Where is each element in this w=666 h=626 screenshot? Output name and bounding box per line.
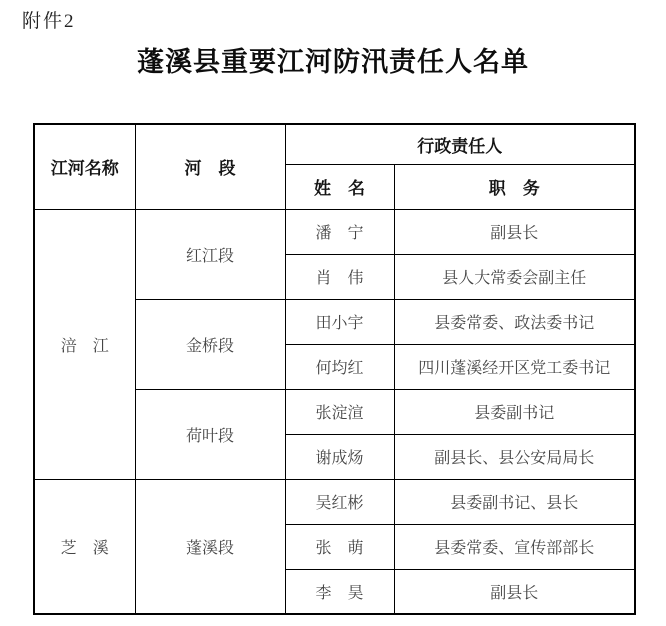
person-position-cell: 县委副书记、县长 [394, 479, 635, 524]
person-name-cell: 谢成炀 [285, 434, 394, 479]
header-admin-responsible: 行政责任人 [285, 124, 635, 164]
section-cell: 金桥段 [135, 299, 285, 389]
person-name-cell: 吴红彬 [285, 479, 394, 524]
person-name-cell: 何均红 [285, 344, 394, 389]
person-position-cell: 县委常委、宣传部部长 [394, 524, 635, 569]
header-name: 姓 名 [285, 164, 394, 209]
header-river-name: 江河名称 [34, 124, 135, 209]
person-position-cell: 县人大常委会副主任 [394, 254, 635, 299]
person-position-cell: 副县长 [394, 209, 635, 254]
person-name-cell: 李 昊 [285, 569, 394, 614]
person-position-cell: 副县长 [394, 569, 635, 614]
header-position: 职 务 [394, 164, 635, 209]
table-row: 芝 溪 蓬溪段 吴红彬 县委副书记、县长 [34, 479, 635, 524]
table-row: 涪 江 红江段 潘 宁 副县长 [34, 209, 635, 254]
person-name-cell: 田小宇 [285, 299, 394, 344]
person-name-cell: 张淀渲 [285, 389, 394, 434]
person-position-cell: 县委副书记 [394, 389, 635, 434]
section-cell: 蓬溪段 [135, 479, 285, 614]
person-name-cell: 肖 伟 [285, 254, 394, 299]
river-cell: 涪 江 [34, 209, 135, 479]
responsibility-table: 江河名称 河 段 行政责任人 姓 名 职 务 涪 江 红江段 潘 宁 副县长 肖… [33, 123, 636, 615]
page-title: 蓬溪县重要江河防汛责任人名单 [0, 40, 666, 79]
section-cell: 红江段 [135, 209, 285, 299]
person-name-cell: 潘 宁 [285, 209, 394, 254]
person-name-cell: 张 萌 [285, 524, 394, 569]
attachment-label: 附件2 [22, 6, 76, 33]
person-position-cell: 县委常委、政法委书记 [394, 299, 635, 344]
river-cell: 芝 溪 [34, 479, 135, 614]
person-position-cell: 四川蓬溪经开区党工委书记 [394, 344, 635, 389]
section-cell: 荷叶段 [135, 389, 285, 479]
header-section: 河 段 [135, 124, 285, 209]
person-position-cell: 副县长、县公安局局长 [394, 434, 635, 479]
